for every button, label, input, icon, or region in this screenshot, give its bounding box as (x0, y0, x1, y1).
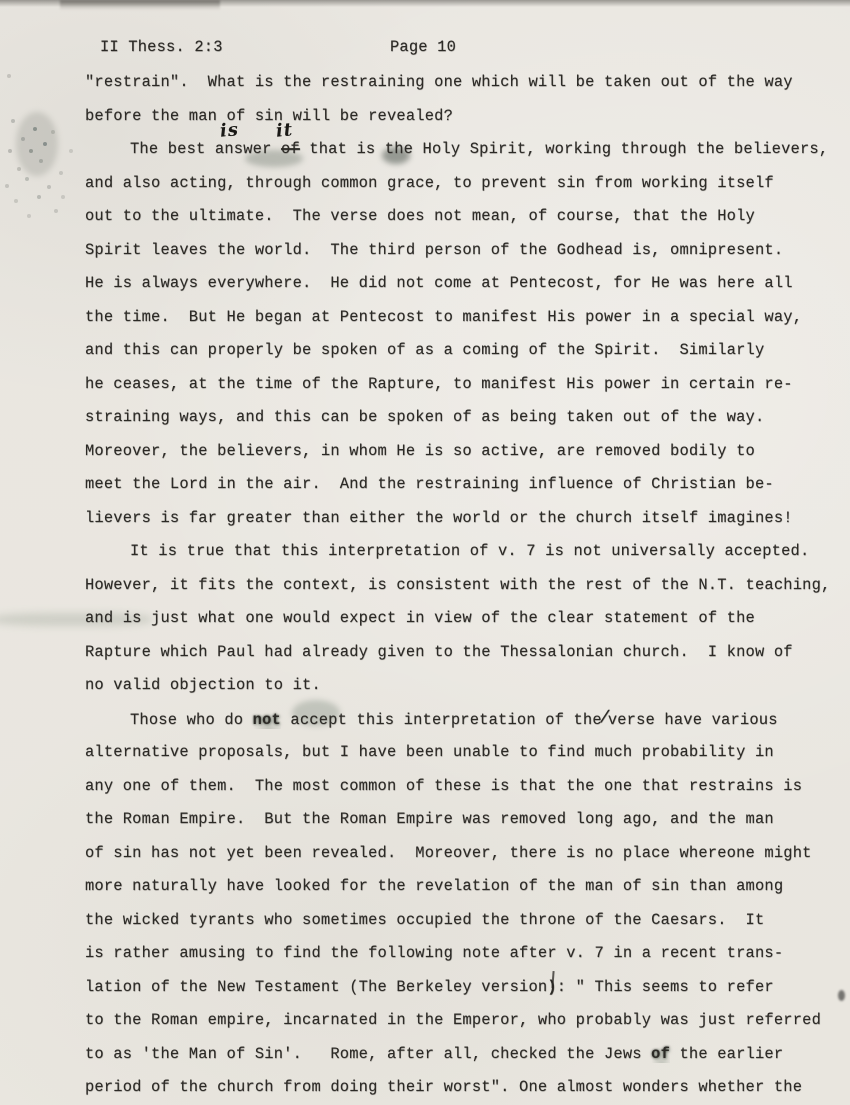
page-number: Page 10 (390, 38, 456, 56)
text-line: However, it fits the context, is consist… (85, 569, 830, 603)
text-segment: Spirit leaves the world. The third perso… (85, 241, 783, 259)
document-reference: II Thess. 2:3 (100, 38, 223, 56)
text-segment: Moreover, the believers, in whom He is s… (85, 442, 755, 460)
text-line: the wicked tyrants who sometimes occupie… (85, 904, 830, 938)
text-line: no valid objection to it. (85, 669, 830, 703)
text-line: to the Roman empire, incarnated in the E… (85, 1004, 830, 1038)
text-line: lievers is far greater than either the w… (85, 502, 830, 536)
text-line: alternative proposals, but I have been u… (85, 736, 830, 770)
text-segment: straining ways, and this can be spoken o… (85, 408, 764, 426)
text-line: and also acting, through common grace, t… (85, 167, 830, 201)
text-segment: lation of the New Testament (The Berkele… (85, 978, 547, 996)
text-segment: the wicked tyrants who sometimes occupie… (85, 911, 764, 929)
text-segment: no valid objection to it. (85, 676, 321, 694)
overtyped-character: ) (547, 971, 556, 1005)
text-segment: any one of them. The most common of thes… (85, 777, 802, 795)
text-line: of sin has not yet been revealed. Moreov… (85, 837, 830, 871)
text-segment: accept this interpretation of the (281, 711, 602, 729)
text-segment: Rapture which Paul had already given to … (85, 643, 793, 661)
text-line: "restrain". What is the restraining one … (85, 66, 830, 100)
text-line: The best answer of that is the Holy Spir… (85, 133, 830, 167)
text-segment: the earlier (670, 1045, 783, 1063)
text-segment: to the Roman empire, incarnated in the E… (85, 1011, 821, 1029)
text-line: to as 'the Man of Sin'. Rome, after all,… (85, 1038, 830, 1072)
text-segment: before the man of sin will be revealed? (85, 107, 453, 125)
text-segment: of sin has not yet been revealed. Moreov… (85, 844, 812, 862)
text-segment: the Roman Empire. But the Roman Empire w… (85, 810, 774, 828)
text-segment: to as 'the Man of Sin'. Rome, after all,… (85, 1045, 651, 1063)
text-segment: The best answer (130, 140, 281, 158)
text-line: out to the ultimate. The verse does not … (85, 200, 830, 234)
text-line: and this can properly be spoken of as a … (85, 334, 830, 368)
text-segment: "restrain". What is the restraining one … (85, 73, 793, 91)
text-line: Spirit leaves the world. The third perso… (85, 234, 830, 268)
text-segment: is rather amusing to find the following … (85, 944, 783, 962)
text-line: straining ways, and this can be spoken o… (85, 401, 830, 435)
text-segment: he ceases, at the time of the Rapture, t… (85, 375, 793, 393)
document-page: II Thess. 2:3 Page 10 "restrain". What i… (0, 0, 850, 1105)
ink-smudge (16, 112, 58, 176)
scan-edge-artifact (60, 0, 220, 10)
text-segment: meet the Lord in the air. And the restra… (85, 475, 774, 493)
smudged-word: not (253, 711, 281, 729)
text-segment: and is just what one would expect in vie… (85, 609, 755, 627)
text-segment: lievers is far greater than either the w… (85, 509, 793, 527)
text-segment: and this can properly be spoken of as a … (85, 341, 764, 359)
text-line: It is true that this interpretation of v… (85, 535, 830, 569)
text-line: and is just what one would expect in vie… (85, 602, 830, 636)
text-line: Those who do not accept this interpretat… (85, 703, 830, 737)
text-segment: Those who do (130, 711, 253, 729)
ink-smudge (838, 990, 845, 1001)
text-segment: period of the church from doing their wo… (85, 1078, 802, 1096)
text-segment: that is the Holy Spirit, working through… (300, 140, 828, 158)
text-segment: It is true that this interpretation of v… (130, 542, 809, 560)
text-line: more naturally have looked for the revel… (85, 870, 830, 904)
text-line: the Roman Empire. But the Roman Empire w… (85, 803, 830, 837)
text-line: meet the Lord in the air. And the restra… (85, 468, 830, 502)
smudged-word: of (651, 1045, 670, 1063)
text-segment: and also acting, through common grace, t… (85, 174, 774, 192)
text-segment: alternative proposals, but I have been u… (85, 743, 774, 761)
text-line: any one of them. The most common of thes… (85, 770, 830, 804)
text-segment: He is always everywhere. He did not come… (85, 274, 793, 292)
text-segment: more naturally have looked for the revel… (85, 877, 783, 895)
text-line: he ceases, at the time of the Rapture, t… (85, 368, 830, 402)
text-segment: However, it fits the context, is consist… (85, 576, 830, 594)
text-segment: the time. But He began at Pentecost to m… (85, 308, 802, 326)
text-segment: verse have various (608, 711, 778, 729)
text-line: period of the church from doing their wo… (85, 1071, 830, 1105)
text-line: lation of the New Testament (The Berkele… (85, 971, 830, 1005)
text-line: is rather amusing to find the following … (85, 937, 830, 971)
text-line: the time. But He began at Pentecost to m… (85, 301, 830, 335)
text-segment: out to the ultimate. The verse does not … (85, 207, 755, 225)
ink-speckles (0, 0, 2, 2)
text-segment: : " This seems to refer (557, 978, 774, 996)
handwritten-correction: it (275, 113, 295, 148)
text-line: before the man of sin will be revealed? (85, 100, 830, 134)
text-line: He is always everywhere. He did not come… (85, 267, 830, 301)
text-line: Moreover, the believers, in whom He is s… (85, 435, 830, 469)
text-line: Rapture which Paul had already given to … (85, 636, 830, 670)
handwritten-correction: is (219, 113, 241, 148)
document-body: "restrain". What is the restraining one … (85, 66, 830, 1105)
